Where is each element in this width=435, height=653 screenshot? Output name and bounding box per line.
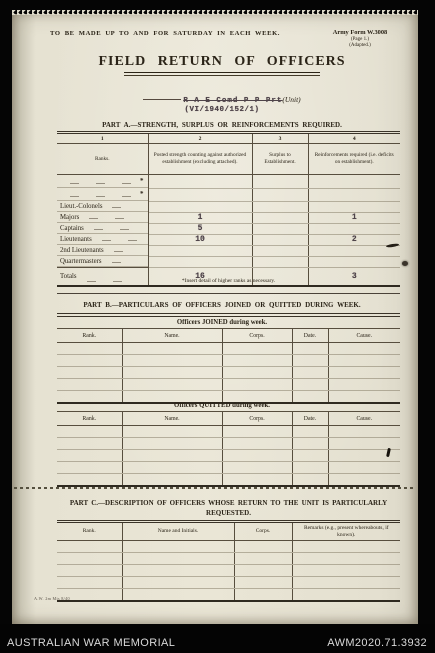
empty-cell [222, 379, 292, 391]
archive-caption-bar: AUSTRALIAN WAR MEMORIAL AWM2020.71.3932 [0, 624, 435, 653]
empty-cell [148, 175, 252, 189]
surplus-value [252, 256, 308, 267]
unit-line: R A E Comd P P Prt(Unit) [42, 95, 402, 105]
empty-row [57, 355, 400, 367]
empty-cell [57, 367, 122, 379]
rank-row-captains: Captains 5 [57, 223, 400, 234]
dash-leaders [112, 207, 137, 208]
empty-cell [292, 367, 328, 379]
part-a-blank-row: * [57, 188, 400, 201]
header-rank: Rank. [57, 329, 122, 343]
empty-cell [122, 426, 222, 438]
empty-row [57, 553, 400, 565]
empty-cell [57, 355, 122, 367]
header-name: Name. [122, 412, 222, 426]
empty-cell [148, 188, 252, 201]
empty-row [57, 589, 400, 602]
form-title-block: FIELD RETURN OF OFFICERS [42, 54, 402, 76]
reinforcements-value: 2 [308, 234, 400, 245]
empty-cell [252, 175, 308, 189]
empty-row [57, 450, 400, 462]
perforation-dashed-line [14, 487, 416, 489]
empty-cell [234, 541, 292, 553]
form-number-block: Army Form W.3008 (Page 1.) (Adapted.) [308, 29, 412, 50]
empty-cell [234, 565, 292, 577]
part-a-table: 1 2 3 4 Ranks. Posted strength counting … [57, 131, 400, 287]
empty-cell [252, 188, 308, 201]
joined-header-row: Rank. Name. Corps. Date. Cause. [57, 329, 400, 343]
empty-row [57, 438, 400, 450]
rank-label: Captains [60, 225, 84, 232]
part-a-column-numbers: 1 2 3 4 [57, 133, 400, 144]
empty-cell [328, 426, 400, 438]
header-corps: Corps. [234, 522, 292, 541]
rank-row-majors: Majors 1 1 [57, 212, 400, 223]
empty-cell [292, 462, 328, 474]
empty-cell [222, 426, 292, 438]
dash-leaders [114, 251, 138, 252]
empty-row [57, 474, 400, 487]
surplus-value [252, 234, 308, 245]
part-a-heading: PART A.—STRENGTH, SURPLUS OR REINFORCEME… [42, 121, 402, 129]
blank-rank-cell: * [57, 188, 148, 201]
empty-cell [122, 355, 222, 367]
empty-cell [57, 565, 122, 577]
empty-cell [222, 462, 292, 474]
empty-row [57, 541, 400, 553]
part-b-double-rule [57, 313, 400, 317]
title-underline [124, 72, 320, 76]
empty-cell [292, 565, 400, 577]
col-num-4: 4 [308, 133, 400, 144]
posted-value: 1 [148, 212, 252, 223]
rank-label-cell: 2nd Lieutenants [57, 245, 148, 256]
officers-joined-title: Officers JOINED during week. [42, 319, 402, 326]
empty-cell [122, 589, 234, 602]
reinforcements-value [308, 201, 400, 212]
surplus-value [252, 212, 308, 223]
empty-cell [222, 367, 292, 379]
empty-cell [57, 343, 122, 355]
empty-cell [292, 450, 328, 462]
header-name-initials: Name and Initials. [122, 522, 234, 541]
header-name: Name. [122, 329, 222, 343]
part-c-heading: PART C.—DESCRIPTION OF OFFICERS WHOSE RE… [57, 498, 400, 518]
reinforcements-value: 1 [308, 212, 400, 223]
posted-value [148, 256, 252, 267]
form-paper-sheet: TO BE MADE UP TO AND FOR SATURDAY IN EAC… [12, 14, 418, 624]
empty-cell [57, 438, 122, 450]
empty-cell [57, 553, 122, 565]
archival-scan-stage: TO BE MADE UP TO AND FOR SATURDAY IN EAC… [0, 0, 435, 653]
empty-row [57, 367, 400, 379]
col-num-3: 3 [252, 133, 308, 144]
empty-cell [122, 450, 222, 462]
empty-cell [328, 462, 400, 474]
empty-cell [328, 343, 400, 355]
empty-cell [328, 355, 400, 367]
posted-value: 10 [148, 234, 252, 245]
empty-cell [222, 450, 292, 462]
rank-row-quartermasters: Quartermasters [57, 256, 400, 267]
empty-cell [292, 355, 328, 367]
empty-cell [328, 379, 400, 391]
header-surplus: Surplus to Establishment. [252, 144, 308, 175]
officers-joined-table: Rank. Name. Corps. Date. Cause. [57, 328, 400, 404]
empty-cell [57, 577, 122, 589]
surplus-value [252, 223, 308, 234]
dash-leaders [89, 218, 137, 219]
empty-cell [234, 577, 292, 589]
empty-cell [122, 474, 222, 487]
header-rank: Rank. [57, 522, 122, 541]
surplus-value [252, 245, 308, 256]
empty-cell [292, 589, 400, 602]
empty-row [57, 577, 400, 589]
empty-cell [122, 565, 234, 577]
dash-leaders [102, 240, 138, 241]
rank-row-lieutenants: Lieutenants 10 2 [57, 234, 400, 245]
empty-cell [292, 474, 328, 487]
posted-value [148, 245, 252, 256]
empty-row [57, 565, 400, 577]
empty-cell [292, 426, 328, 438]
quitted-header-row: Rank. Name. Corps. Date. Cause. [57, 412, 400, 426]
asterisk-marker: * [140, 190, 144, 198]
form-number: Army Form W.3008 [308, 29, 412, 37]
empty-cell [292, 541, 400, 553]
asterisk-marker: * [140, 177, 144, 185]
reinforcements-value [308, 223, 400, 234]
printer-imprint: A.W. 2m Mis 8/40 [34, 596, 70, 601]
dash-leaders [112, 262, 138, 263]
part-a-blank-row: * [57, 175, 400, 189]
empty-row [57, 426, 400, 438]
header-corps: Corps. [222, 329, 292, 343]
posted-value: 5 [148, 223, 252, 234]
part-a-header-row: Ranks. Posted strength counting against … [57, 144, 400, 175]
officers-quitted-title: Officers QUITTED during week. [42, 402, 402, 409]
empty-cell [222, 355, 292, 367]
empty-cell [57, 426, 122, 438]
empty-cell [57, 379, 122, 391]
empty-cell [222, 343, 292, 355]
empty-cell [122, 379, 222, 391]
part-c-header-row: Rank. Name and Initials. Corps. Remarks … [57, 522, 400, 541]
blank-rank-cell: * [57, 175, 148, 188]
empty-cell [57, 462, 122, 474]
empty-cell [122, 438, 222, 450]
rank-label-cell: Captains [57, 223, 148, 234]
dash-leaders [70, 183, 134, 184]
accession-number: AWM2020.71.3932 [327, 637, 427, 649]
header-corps: Corps. [222, 412, 292, 426]
header-cause: Cause. [328, 412, 400, 426]
empty-cell [57, 450, 122, 462]
empty-row [57, 462, 400, 474]
unit-typed-text: R A E Comd P P Prt [183, 97, 282, 105]
empty-row [57, 343, 400, 355]
unit-field-label: (Unit) [282, 95, 300, 104]
posted-value [148, 201, 252, 212]
reinforcements-value [308, 256, 400, 267]
part-b-heading: PART B.—PARTICULARS OF OFFICERS JOINED O… [42, 301, 402, 309]
surplus-value [252, 201, 308, 212]
empty-cell [308, 188, 400, 201]
empty-cell [57, 541, 122, 553]
header-remarks: Remarks (e.g., present whereabouts, if k… [292, 522, 400, 541]
rank-label: Lieut.-Colonels [60, 203, 102, 210]
header-ranks: Ranks. [57, 144, 148, 175]
empty-cell [234, 553, 292, 565]
empty-cell [308, 175, 400, 189]
rank-label-cell: Lieut.-Colonels [57, 201, 148, 212]
rank-label: Majors [60, 214, 79, 221]
top-instruction: TO BE MADE UP TO AND FOR SATURDAY IN EAC… [50, 30, 280, 37]
rank-row-2nd-lieutenants: 2nd Lieutenants [57, 245, 400, 256]
rank-row-lieut-colonels: Lieut.-Colonels [57, 201, 400, 212]
empty-cell [292, 343, 328, 355]
empty-cell [122, 553, 234, 565]
institution-name: AUSTRALIAN WAR MEMORIAL [7, 637, 175, 649]
empty-cell [292, 379, 328, 391]
empty-cell [122, 462, 222, 474]
empty-cell [222, 438, 292, 450]
file-reference-typed: (VI/1940/152/1) [42, 106, 402, 114]
dash-leaders [70, 196, 134, 197]
header-posted-strength: Posted strength counting against authori… [148, 144, 252, 175]
rank-label: Lieutenants [60, 236, 92, 243]
empty-cell [122, 367, 222, 379]
empty-cell [292, 553, 400, 565]
empty-cell [328, 474, 400, 487]
header-cause: Cause. [328, 329, 400, 343]
empty-cell [292, 438, 328, 450]
header-reinforcements: Reinforcements required (i.e. deficits o… [308, 144, 400, 175]
empty-cell [292, 577, 400, 589]
empty-cell [122, 343, 222, 355]
unit-blank-line [143, 99, 181, 100]
dash-leaders [94, 229, 138, 230]
officers-quitted-table: Rank. Name. Corps. Date. Cause. [57, 411, 400, 487]
rank-label-cell: Lieutenants [57, 234, 148, 245]
empty-cell [234, 589, 292, 602]
empty-cell [122, 541, 234, 553]
header-date: Date. [292, 329, 328, 343]
part-a-footnote: *Insert detail of higher ranks as necess… [57, 278, 400, 284]
form-adapted-note: (Adapted.) [308, 43, 412, 49]
rank-label-cell: Majors [57, 212, 148, 223]
col-num-2: 2 [148, 133, 252, 144]
empty-row [57, 379, 400, 391]
col-num-1: 1 [57, 133, 148, 144]
header-date: Date. [292, 412, 328, 426]
rank-label: 2nd Lieutenants [60, 247, 104, 254]
empty-cell [222, 474, 292, 487]
paper-hole-mark [402, 261, 408, 266]
rank-label: Quartermasters [60, 258, 102, 265]
section-divider-rule [57, 293, 400, 294]
rank-label-cell: Quartermasters [57, 256, 148, 267]
empty-cell [122, 577, 234, 589]
header-rank: Rank. [57, 412, 122, 426]
empty-cell [328, 367, 400, 379]
part-c-table: Rank. Name and Initials. Corps. Remarks … [57, 520, 400, 602]
form-title: FIELD RETURN OF OFFICERS [42, 54, 402, 70]
empty-cell [57, 474, 122, 487]
